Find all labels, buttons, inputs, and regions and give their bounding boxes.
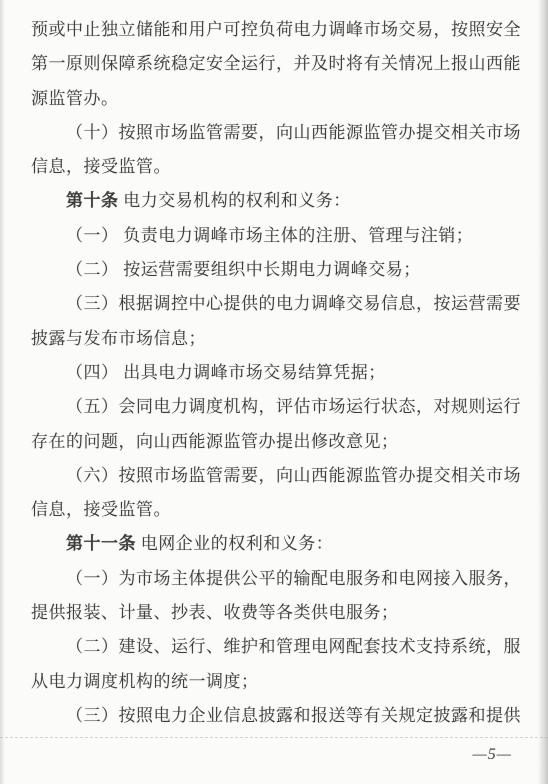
text-line: （一） 负责电力调峰市场主体的注册、管理与注销；: [31, 219, 525, 253]
text-line: 信息，接受监管。: [31, 493, 525, 527]
text-line: 第十条 电力交易机构的权利和义务：: [31, 184, 525, 218]
scanned-document-page: 预或中止独立储能和用户可控负荷电力调峰市场交易，按照安全第一原则保障系统稳定安全…: [0, 0, 548, 784]
text-segment: 源监管办。: [31, 89, 119, 108]
scan-edge-left: [0, 0, 5, 784]
text-segment: 信息，接受监管。: [31, 500, 171, 519]
text-line: 源监管办。: [31, 82, 525, 116]
text-segment: （二）建设、运行、维护和管理电网配套技术支持系统，服: [66, 637, 521, 656]
page-number: —5—: [473, 746, 512, 764]
text-line: （五）会同电力调度机构，评估市场运行状态，对规则运行: [31, 390, 525, 424]
text-line: （三）按照电力企业信息披露和报送等有关规定披露和提供: [31, 699, 525, 733]
text-line: 披露与发布市场信息；: [31, 322, 525, 356]
text-segment: 第一原则保障系统稳定安全运行，并及时将有关情况上报山西能: [31, 54, 521, 73]
text-segment: 预或中止独立储能和用户可控负荷电力调峰市场交易，按照安全: [31, 20, 521, 39]
text-segment: （十）按照市场监管需要，向山西能源监管办提交相关市场: [66, 123, 521, 142]
text-segment: （三）按照电力企业信息披露和报送等有关规定披露和提供: [66, 706, 521, 725]
text-line: 提供报装、计量、抄表、收费等各类供电服务；: [31, 596, 525, 630]
text-segment: （二） 按运营需要组织中长期电力调峰交易；: [66, 260, 421, 279]
text-segment: （一） 负责电力调峰市场主体的注册、管理与注销；: [66, 226, 473, 245]
document-text: 预或中止独立储能和用户可控负荷电力调峰市场交易，按照安全第一原则保障系统稳定安全…: [31, 13, 525, 733]
text-segment: （六）按照市场监管需要，向山西能源监管办提交相关市场: [66, 466, 521, 485]
text-segment: （五）会同电力调度机构，评估市场运行状态，对规则运行: [66, 397, 521, 416]
text-segment: 电力交易机构的权利和义务：: [123, 191, 351, 210]
text-segment: 提供报装、计量、抄表、收费等各类供电服务；: [31, 603, 399, 622]
text-line: （六）按照市场监管需要，向山西能源监管办提交相关市场: [31, 459, 525, 493]
text-line: （三）根据调控中心提供的电力调峰交易信息，按运营需要: [31, 287, 525, 321]
text-line: （二） 按运营需要组织中长期电力调峰交易；: [31, 253, 525, 287]
text-segment: 从电力调度机构的统一调度；: [31, 672, 259, 691]
text-line: 第十一条 电网企业的权利和义务：: [31, 527, 525, 561]
text-line: 存在的问题，向山西能源监管办提出修改意见；: [31, 425, 525, 459]
text-line: （一）为市场主体提供公平的输配电服务和电网接入服务，: [31, 562, 525, 596]
text-line: （四） 出具电力调峰市场交易结算凭据；: [31, 356, 525, 390]
text-segment: （四） 出具电力调峰市场交易结算凭据；: [66, 363, 386, 382]
article-heading: 第十一条: [66, 534, 141, 553]
text-line: 第一原则保障系统稳定安全运行，并及时将有关情况上报山西能: [31, 47, 525, 81]
text-segment: 存在的问题，向山西能源监管办提出修改意见；: [31, 432, 399, 451]
article-heading: 第十条: [66, 191, 123, 210]
text-line: 从电力调度机构的统一调度；: [31, 665, 525, 699]
scan-artifact-line: [0, 737, 548, 738]
text-line: 信息，接受监管。: [31, 150, 525, 184]
text-line: （二）建设、运行、维护和管理电网配套技术支持系统，服: [31, 630, 525, 664]
text-segment: 披露与发布市场信息；: [31, 329, 206, 348]
text-line: 预或中止独立储能和用户可控负荷电力调峰市场交易，按照安全: [31, 13, 525, 47]
text-segment: （一）为市场主体提供公平的输配电服务和电网接入服务，: [66, 569, 521, 588]
text-segment: 信息，接受监管。: [31, 157, 171, 176]
text-segment: 电网企业的权利和义务：: [141, 534, 334, 553]
text-segment: （三）根据调控中心提供的电力调峰交易信息，按运营需要: [66, 294, 521, 313]
text-line: （十）按照市场监管需要，向山西能源监管办提交相关市场: [31, 116, 525, 150]
scan-edge-right: [538, 0, 548, 784]
